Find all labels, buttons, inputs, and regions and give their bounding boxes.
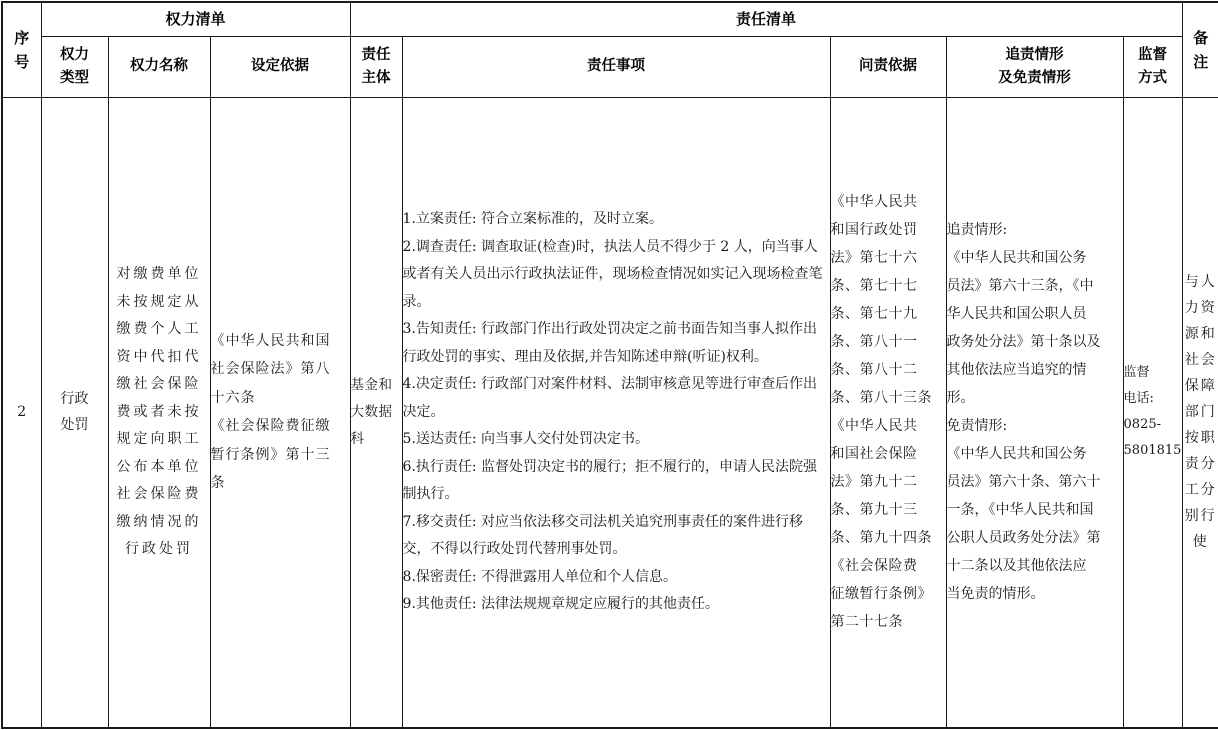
duty-item-5: 5.送达责任: 向当事人交付处罚决定书。 [403,426,830,454]
cell-power-name: 对缴费单位 未按规定从 缴费个人工 资中代扣代 缴社会保险 费或者未按 规定向职… [108,97,210,728]
cell-remark: 与人 力资 源和 社会 保障 部门 按职 责分 工分 别行 使 [1182,97,1218,728]
header-responsibility-items: 责任事项 [402,36,830,97]
header-responsibility-list: 责任清单 [350,2,1182,36]
header-power-type: 权力 类型 [41,36,108,97]
header-setting-basis: 设定依据 [210,36,350,97]
duty-item-2: 2.调查责任: 调查取证(检查)时，执法人员不得少于 2 人，向当事人或者有关人… [403,234,830,317]
duty-item-9: 9.其他责任: 法律法规规章规定应履行的其他责任。 [403,591,830,619]
header-row-top: 序 号 权力清单 责任清单 备 注 [2,2,1218,36]
duty-item-1: 1.立案责任: 符合立案标准的，及时立案。 [403,206,830,234]
duty-item-7: 7.移交责任: 对应当依法移交司法机关追究刑事责任的案件进行移交，不得以行政处罚… [403,509,830,564]
cell-accountability-basis: 《中华人民共 和国行政处罚 法》第七十六 条、第七十七 条、第七十九 条、第八十… [830,97,946,728]
duty-item-8: 8.保密责任: 不得泄露用人单位和个人信息。 [403,564,830,592]
cell-responsibility-items: 1.立案责任: 符合立案标准的，及时立案。 2.调查责任: 调查取证(检查)时，… [402,97,830,728]
header-remark: 备 注 [1182,2,1218,97]
power-responsibility-table: 序 号 权力清单 责任清单 备 注 权力 类型 权力名称 设定依据 责任 主体 … [1,1,1218,729]
header-row-sub: 权力 类型 权力名称 设定依据 责任 主体 责任事项 问责依据 追责情形 及免责… [2,36,1218,97]
header-accountability-basis: 问责依据 [830,36,946,97]
cell-setting-basis: 《中华人民共和国 社会保险法》第八 十六条 《社会保险费征缴 暂行条例》第十三 … [210,97,350,728]
cell-power-type: 行政 处罚 [41,97,108,728]
duty-item-3: 3.告知责任: 行政部门作出行政处罚决定之前书面告知当事人拟作出行政处罚的事实、… [403,316,830,371]
cell-serial-number: 2 [2,97,41,728]
header-supervision-method: 监督 方式 [1123,36,1182,97]
cell-pursuit-exemption: 追责情形: 《中华人民共和国公务 员法》第六十三条，《中 华人民共和国公职人员 … [946,97,1123,728]
table-row: 2 行政 处罚 对缴费单位 未按规定从 缴费个人工 资中代扣代 缴社会保险 费或… [2,97,1218,728]
duty-item-4: 4.决定责任: 行政部门对案件材料、法制审核意见等进行审查后作出决定。 [403,371,830,426]
duty-item-6: 6.执行责任: 监督处罚决定书的履行；拒不履行的，申请人民法院强制执行。 [403,454,830,509]
cell-responsible-body: 基金和 大数据 科 [350,97,402,728]
header-serial: 序 号 [2,2,41,97]
header-power-list: 权力清单 [41,2,350,36]
header-responsible-body: 责任 主体 [350,36,402,97]
cell-supervision-method: 监督 电话: 0825- 5801815 [1123,97,1182,728]
header-pursuit-exemption: 追责情形 及免责情形 [946,36,1123,97]
header-power-name: 权力名称 [108,36,210,97]
